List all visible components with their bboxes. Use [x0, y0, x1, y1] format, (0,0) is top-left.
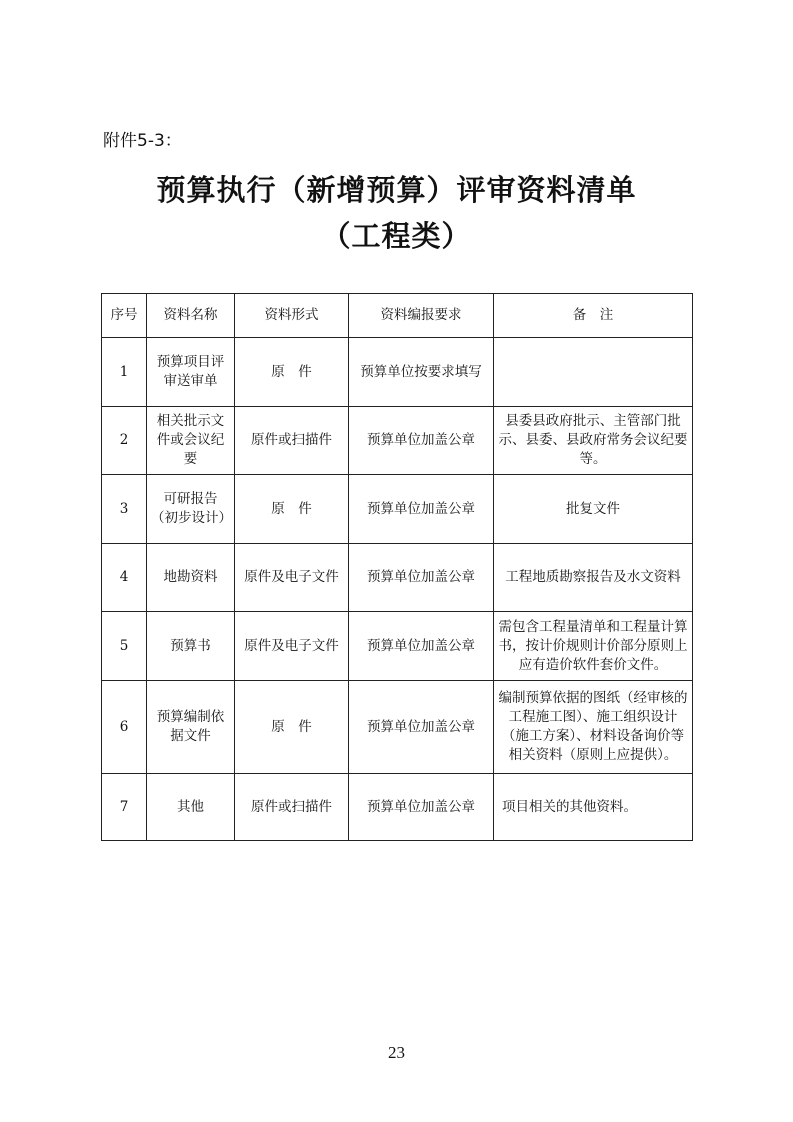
cell-form: 原件或扫描件: [235, 774, 349, 841]
table-header-row: 序号 资料名称 资料形式 资料编报要求 备 注: [102, 294, 693, 338]
cell-no: 1: [102, 338, 147, 407]
materials-table: 序号 资料名称 资料形式 资料编报要求 备 注 1 预算项目评审送审单 原 件 …: [101, 293, 693, 841]
table-row: 1 预算项目评审送审单 原 件 预算单位按要求填写: [102, 338, 693, 407]
document-subtitle: （工程类）: [0, 214, 793, 255]
cell-form: 原 件: [235, 338, 349, 407]
cell-no: 6: [102, 681, 147, 774]
cell-no: 2: [102, 407, 147, 475]
cell-note: 项目相关的其他资料。: [494, 774, 693, 841]
cell-name: 预算编制依据文件: [147, 681, 235, 774]
cell-requirement: 预算单位加盖公章: [349, 407, 494, 475]
header-no: 序号: [102, 294, 147, 338]
cell-no: 7: [102, 774, 147, 841]
cell-name: 预算书: [147, 612, 235, 681]
cell-note: 编制预算依据的图纸（经审核的工程施工图）、施工组织设计（施工方案）、材料设备询价…: [494, 681, 693, 774]
page-number: 23: [0, 1043, 793, 1063]
attachment-label: 附件5-3：: [103, 126, 182, 151]
cell-note: 需包含工程量清单和工程量计算书，按计价规则计价部分原则上应有造价软件套价文件。: [494, 612, 693, 681]
cell-requirement: 预算单位加盖公章: [349, 544, 494, 612]
cell-form: 原件及电子文件: [235, 544, 349, 612]
header-note: 备 注: [494, 294, 693, 338]
cell-note: 县委县政府批示、主管部门批示、县委、县政府常务会议纪要等。: [494, 407, 693, 475]
cell-form: 原 件: [235, 475, 349, 544]
cell-no: 3: [102, 475, 147, 544]
header-form: 资料形式: [235, 294, 349, 338]
cell-note: 批复文件: [494, 475, 693, 544]
cell-name: 地勘资料: [147, 544, 235, 612]
table-row: 3 可研报告（初步设计） 原 件 预算单位加盖公章 批复文件: [102, 475, 693, 544]
table-row: 2 相关批示文件或会议纪要 原件或扫描件 预算单位加盖公章 县委县政府批示、主管…: [102, 407, 693, 475]
cell-no: 5: [102, 612, 147, 681]
cell-no: 4: [102, 544, 147, 612]
cell-name: 相关批示文件或会议纪要: [147, 407, 235, 475]
cell-form: 原 件: [235, 681, 349, 774]
cell-note: 工程地质勘察报告及水文资料: [494, 544, 693, 612]
table-row: 6 预算编制依据文件 原 件 预算单位加盖公章 编制预算依据的图纸（经审核的工程…: [102, 681, 693, 774]
cell-requirement: 预算单位按要求填写: [349, 338, 494, 407]
document-title: 预算执行（新增预算）评审资料清单: [0, 168, 793, 209]
cell-name: 可研报告（初步设计）: [147, 475, 235, 544]
cell-requirement: 预算单位加盖公章: [349, 681, 494, 774]
cell-requirement: 预算单位加盖公章: [349, 475, 494, 544]
table-row: 7 其他 原件或扫描件 预算单位加盖公章 项目相关的其他资料。: [102, 774, 693, 841]
cell-requirement: 预算单位加盖公章: [349, 612, 494, 681]
cell-form: 原件及电子文件: [235, 612, 349, 681]
header-requirement: 资料编报要求: [349, 294, 494, 338]
cell-form: 原件或扫描件: [235, 407, 349, 475]
cell-name: 预算项目评审送审单: [147, 338, 235, 407]
table-row: 5 预算书 原件及电子文件 预算单位加盖公章 需包含工程量清单和工程量计算书，按…: [102, 612, 693, 681]
cell-name: 其他: [147, 774, 235, 841]
header-name: 资料名称: [147, 294, 235, 338]
table-row: 4 地勘资料 原件及电子文件 预算单位加盖公章 工程地质勘察报告及水文资料: [102, 544, 693, 612]
cell-requirement: 预算单位加盖公章: [349, 774, 494, 841]
cell-note: [494, 338, 693, 407]
